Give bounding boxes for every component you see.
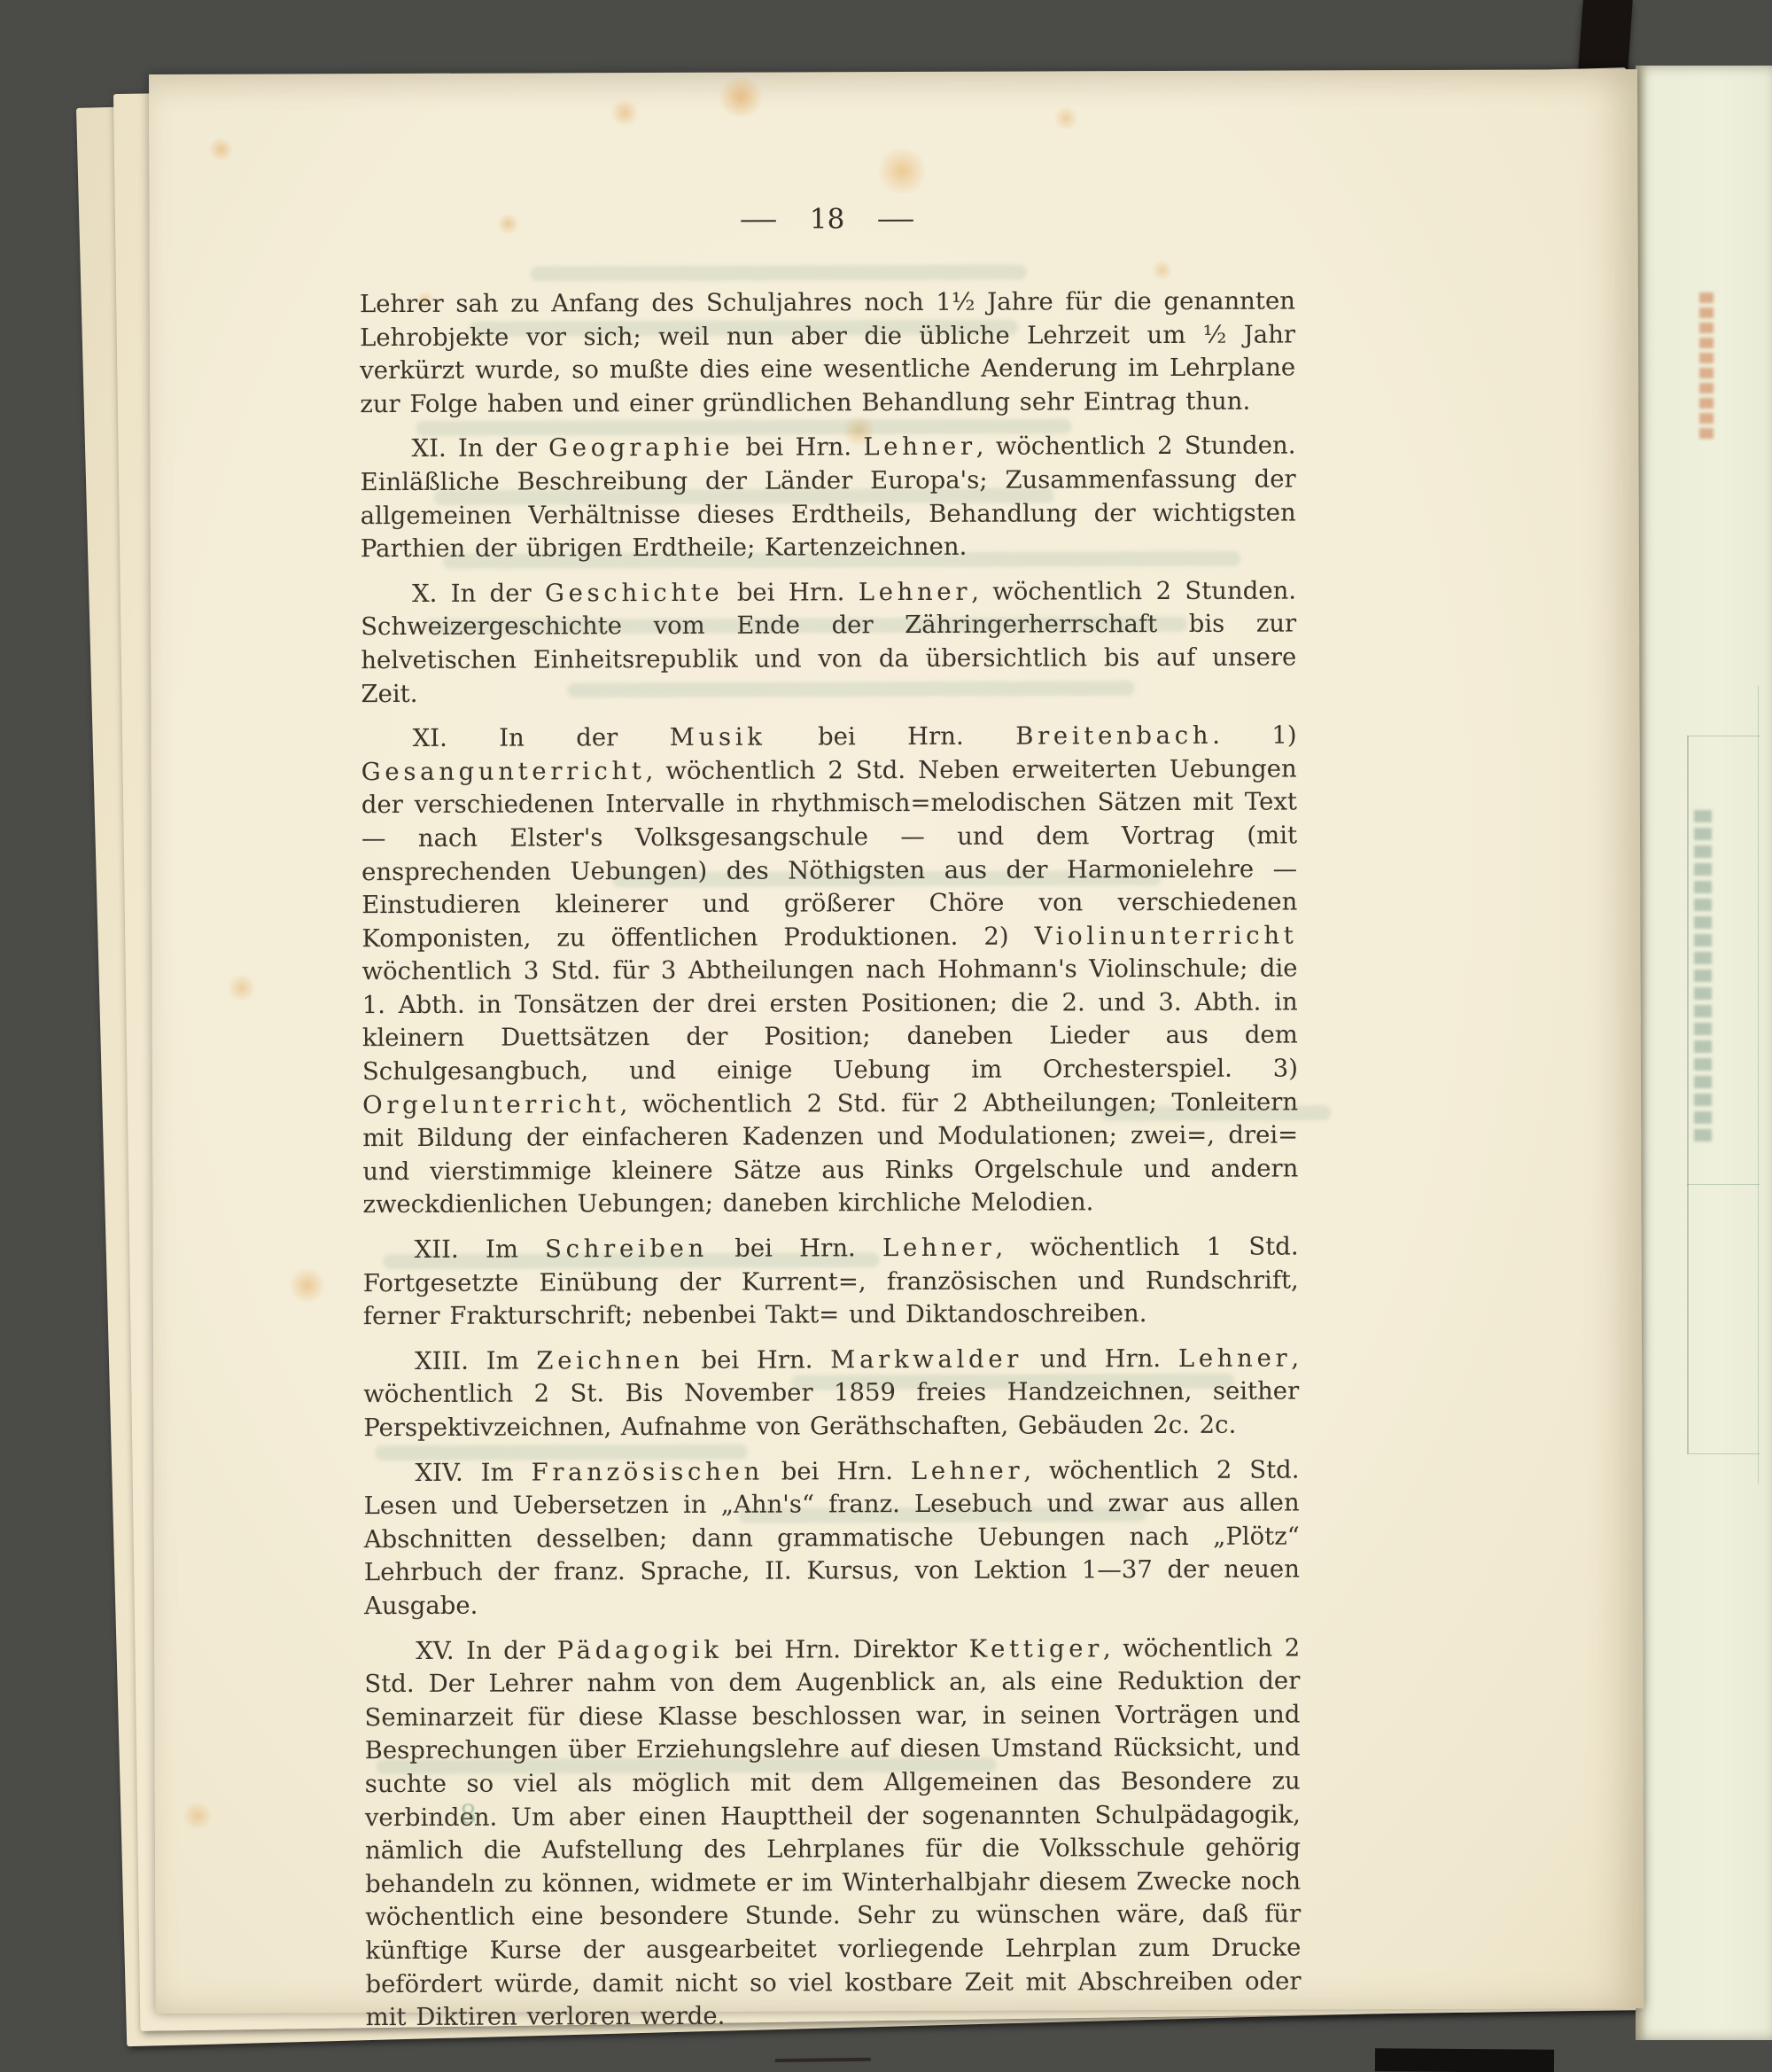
page-number-dash-right: — xyxy=(876,203,915,235)
text-segment: XIII. Im xyxy=(415,1346,536,1375)
showthrough-table-header xyxy=(1694,810,1712,1147)
foxing-spot xyxy=(1053,106,1079,129)
spaced-term: Orgelunterricht xyxy=(362,1090,620,1119)
text-segment: XII. Im xyxy=(415,1235,546,1264)
foxing-spot xyxy=(207,138,234,161)
spaced-term: Lehner xyxy=(863,432,976,461)
page-number: — 18 — xyxy=(360,201,1295,237)
spaced-term: Lehner xyxy=(1178,1344,1292,1372)
spaced-term: Lehner xyxy=(859,578,972,606)
foxing-spot xyxy=(288,1268,327,1302)
spaced-term: Lehner xyxy=(882,1234,996,1262)
spaced-term: Gesangunterricht xyxy=(361,757,646,786)
text-segment: bei Hrn. xyxy=(723,578,858,607)
text-segment: XI. In der xyxy=(413,723,670,752)
book-page: — 18 — Lehrer sah zu Anfang des Schuljah… xyxy=(149,69,1644,2014)
paragraph: XI. In der Geographie bei Hrn. Lehner, w… xyxy=(360,430,1296,566)
spaced-term: Breitenbach xyxy=(1015,721,1212,751)
adjacent-page-red-showthrough xyxy=(1699,292,1714,443)
spaced-term: Zeichnen xyxy=(536,1346,684,1375)
photo-background: { "page": { "number": "18", "dash": "—" … xyxy=(0,0,1772,2072)
text-segment: XIV. Im xyxy=(415,1458,531,1486)
adjacent-page-edge xyxy=(1636,66,1772,2040)
paragraph: Lehrer sah zu Anfang des Schuljahres noc… xyxy=(360,284,1296,421)
spaced-term: Schreiben xyxy=(545,1235,708,1264)
spaced-term: Markwalder xyxy=(830,1344,1022,1374)
page-number-value: 18 xyxy=(810,203,845,235)
foxing-spot xyxy=(875,148,929,194)
spaced-term: Musik xyxy=(670,723,766,752)
text-segment: bei Hrn. xyxy=(764,1457,911,1486)
text-block: — 18 — Lehrer sah zu Anfang des Schuljah… xyxy=(360,201,1302,2062)
spaced-term: Pädagogik xyxy=(557,1635,723,1664)
showthrough-table-line xyxy=(1687,1453,1760,1454)
paragraph: XIII. Im Zeichnen bei Hrn. Markwalder un… xyxy=(363,1342,1299,1445)
paragraph: X. In der Geschichte bei Hrn. Lehner, wö… xyxy=(361,574,1297,711)
text-segment: XI. In der xyxy=(411,434,548,463)
spaced-term: Lehner xyxy=(911,1456,1024,1484)
foxing-spot xyxy=(610,99,640,126)
spaced-term: Geographie xyxy=(548,433,734,463)
text-segment: . 1) xyxy=(1212,721,1297,750)
foxing-spot xyxy=(182,1803,214,1829)
showthrough-table-line xyxy=(1687,736,1760,736)
paragraph: XIV. Im Französischen bei Hrn. Lehner, w… xyxy=(363,1453,1300,1624)
spaced-term: Französischen xyxy=(531,1457,763,1486)
text-segment: bei Hrn. xyxy=(734,433,863,463)
body-text: Lehrer sah zu Anfang des Schuljahres noc… xyxy=(360,284,1302,2034)
text-segment: X. In der xyxy=(412,579,545,608)
spaced-term: Kettiger xyxy=(969,1634,1104,1663)
text-segment: und Hrn. xyxy=(1022,1344,1178,1374)
spaced-term: Geschichte xyxy=(545,578,724,607)
page-number-dash-left: — xyxy=(740,204,779,236)
paragraph: XII. Im Schreiben bei Hrn. Lehner, wöche… xyxy=(363,1231,1299,1334)
text-segment: Lehrer sah zu Anfang des Schuljahres noc… xyxy=(360,286,1295,417)
foxing-spot xyxy=(716,78,766,117)
spaced-term: Violinunterricht xyxy=(1035,921,1298,950)
paragraph: XI. In der Musik bei Hrn. Breitenbach. 1… xyxy=(361,720,1299,1223)
text-segment: bei Hrn. xyxy=(684,1345,831,1375)
paragraph: XV. In der Pädagogik bei Hrn. Direktor K… xyxy=(364,1632,1302,2035)
photo-black-mark xyxy=(1375,2048,1554,2072)
foxing-spot xyxy=(227,975,257,1001)
text-segment: bei Hrn. Direktor xyxy=(723,1634,969,1663)
bookmark-ribbon xyxy=(1578,0,1633,71)
showthrough-table-line xyxy=(1687,1184,1760,1185)
text-segment: XV. In der xyxy=(416,1636,557,1665)
signature-mark: 8 xyxy=(460,1800,477,1831)
showthrough-table-line xyxy=(1758,686,1759,1484)
text-segment: , wöchentlich 2 Std. Der Lehrer nahm von… xyxy=(364,1633,1301,2031)
showthrough-table-line xyxy=(1687,736,1689,1453)
text-segment: wöchentlich 3 Std. für 3 Abtheilungen na… xyxy=(361,954,1297,1086)
text-segment: bei Hrn. xyxy=(708,1234,882,1263)
text-segment: bei Hrn. xyxy=(766,722,1016,752)
closing-rule xyxy=(775,2057,871,2061)
